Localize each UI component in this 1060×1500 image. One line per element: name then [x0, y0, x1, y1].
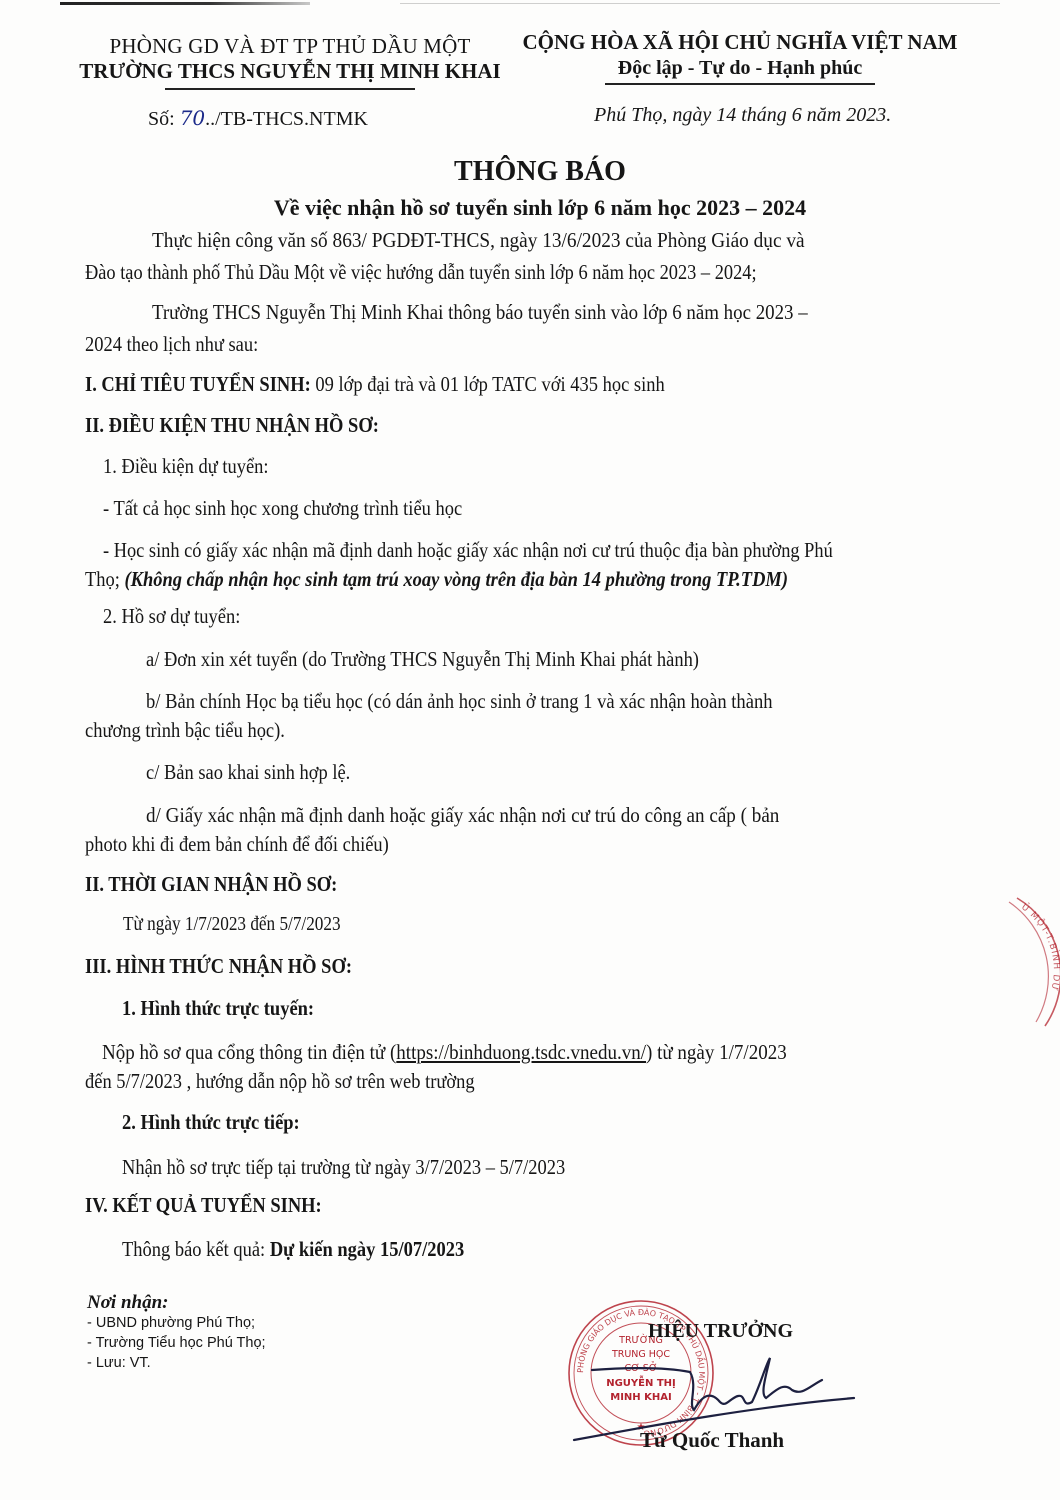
document-number: Số: 70../TB-THCS.NTMK — [148, 106, 368, 131]
bullet-text: - Học sinh có giấy xác nhận mã định danh… — [103, 538, 833, 563]
signer-name: Từ Quốc Thanh — [640, 1428, 784, 1453]
sub-heading-text: 1. Hình thức trực tuyến: — [122, 996, 314, 1021]
online-text: ) từ ngày 1/7/2023 — [646, 1040, 787, 1064]
intro-text: Thực hiện công văn số 863/ PGDĐT-THCS, n… — [152, 228, 805, 253]
section-2-bullet2-line1: - Học sinh có giấy xác nhận mã định danh… — [103, 538, 937, 563]
section-heading-text: II. THỜI GIAN NHẬN HỒ SƠ: — [85, 872, 337, 897]
admission-portal-link[interactable]: https://binhduong.tsdc.vnedu.vn/ — [396, 1040, 646, 1064]
section-2-item-d-line2: photo khi đi đem bản chính để đối chiếu) — [85, 832, 430, 857]
intro-p2-line1: Trường THCS Nguyễn Thị Minh Khai thông b… — [152, 300, 881, 325]
section-heading-text: IV. KẾT QUẢ TUYỂN SINH: — [85, 1193, 322, 1218]
nation-name: CỘNG HÒA XÃ HỘI CHỦ NGHĨA VIỆT NAM — [510, 30, 970, 54]
national-motto: Độc lập - Tự do - Hạnh phúc — [510, 54, 970, 82]
recipients-title: Nơi nhận: — [87, 1292, 168, 1314]
online-text: đến 5/7/2023 , hướng dẫn nộp hồ sơ trên … — [85, 1069, 475, 1094]
section-2-item-b-line1: b/ Bản chính Học bạ tiểu học (có dán ảnh… — [146, 689, 854, 714]
intro-p1-line2: Đào tạo thành phố Thủ Dầu Một về việc hư… — [85, 260, 853, 285]
issuer-block: PHÒNG GD VÀ ĐT TP THỦ DẦU MỘT TRƯỜNG THC… — [70, 34, 510, 90]
section-2-sub2: 2. Hồ sơ dự tuyển: — [103, 604, 259, 629]
signer-title: HIỆU TRƯỞNG — [648, 1320, 793, 1343]
intro-text: Trường THCS Nguyễn Thị Minh Khai thông b… — [152, 300, 808, 325]
item-text: c/ Bản sao khai sinh hợp lệ. — [146, 760, 350, 785]
issuer-school: TRƯỜNG THCS NGUYỄN THỊ MINH KHAI — [70, 58, 510, 84]
intro-text: 2024 theo lịch như sau: — [85, 332, 258, 357]
section-2-item-c: c/ Bản sao khai sinh hợp lệ. — [146, 760, 378, 785]
document-title: THÔNG BÁO — [0, 156, 1060, 188]
section-2-item-b-line2: chương trình bậc tiểu học). — [85, 718, 312, 743]
item-text: photo khi đi đem bản chính để đối chiếu) — [85, 832, 389, 857]
section-5-text: Thông báo kết quả: Dự kiến ngày 15/07/20… — [122, 1237, 511, 1262]
online-heading: 1. Hình thức trực tuyến: — [122, 996, 340, 1021]
section-1-heading: I. CHỈ TIÊU TUYỂN SINH: — [85, 372, 311, 396]
partial-stamp-text: Ủ MỘT-T.BÌNH DƯ — [1019, 901, 1060, 992]
result-text: Thông báo kết quả: — [122, 1237, 270, 1261]
section-2-item-d-line1: d/ Giấy xác nhận mã định danh hoặc giấy … — [146, 803, 842, 828]
national-header: CỘNG HÒA XÃ HỘI CHỦ NGHĨA VIỆT NAM Độc l… — [510, 30, 970, 85]
item-text: d/ Giấy xác nhận mã định danh hoặc giấy … — [146, 803, 779, 828]
section-3-heading: II. THỜI GIAN NHẬN HỒ SƠ: — [85, 872, 372, 897]
place-date: Phú Thọ, ngày 14 tháng 6 năm 2023. — [594, 104, 891, 127]
scan-edge-mark — [60, 2, 310, 5]
sub-heading-text: 1. Điều kiện dự tuyển: — [103, 454, 269, 479]
section-5-heading: IV. KẾT QUẢ TUYỂN SINH: — [85, 1193, 354, 1218]
bullet-text: - Tất cả học sinh học xong chương trình … — [103, 496, 462, 521]
section-2-bullet1: - Tất cả học sinh học xong chương trình … — [103, 496, 511, 521]
section-heading-text: III. HÌNH THỨC NHẬN HỒ SƠ: — [85, 954, 352, 979]
recipient-item: - UBND phường Phú Thọ; — [87, 1315, 255, 1331]
online-text: Nộp hồ sơ qua cổng thông tin điện tử ( — [102, 1040, 396, 1064]
section-1: I. CHỈ TIÊU TUYỂN SINH: 09 lớp đại trà v… — [85, 372, 744, 397]
direct-text: Nhận hồ sơ trực tiếp tại trường từ ngày … — [122, 1155, 626, 1180]
direct-heading: 2. Hình thức trực tiếp: — [122, 1110, 324, 1135]
item-text: chương trình bậc tiểu học). — [85, 718, 285, 743]
issuer-org: PHÒNG GD VÀ ĐT TP THỦ DẦU MỘT — [70, 34, 510, 58]
result-date: Dự kiến ngày 15/07/2023 — [270, 1237, 464, 1261]
scan-edge-mark — [400, 3, 1000, 4]
online-line2: đến 5/7/2023 , hướng dẫn nộp hồ sơ trên … — [85, 1069, 528, 1094]
section-3-text: Từ ngày 1/7/2023 đến 5/7/2023 — [123, 913, 376, 936]
sub-heading-text: 2. Hồ sơ dự tuyển: — [103, 604, 240, 629]
issuer-underline — [165, 88, 415, 90]
intro-p2-line2: 2024 theo lịch như sau: — [85, 332, 282, 357]
residency-note: (Không chấp nhận học sinh tạm trú xoay v… — [125, 567, 788, 591]
direct-text-content: Nhận hồ sơ trực tiếp tại trường từ ngày … — [122, 1155, 565, 1180]
recipient-item: - Trường Tiểu học Phú Thọ; — [87, 1335, 266, 1351]
section-2-bullet2-line2: Thọ; (Không chấp nhận học sinh tạm trú x… — [85, 567, 884, 592]
item-text: a/ Đơn xin xét tuyển (do Trường THCS Ngu… — [146, 647, 699, 672]
section-2-sub1: 1. Điều kiện dự tuyển: — [103, 454, 291, 479]
online-line1: Nộp hồ sơ qua cổng thông tin điện tử (ht… — [102, 1040, 859, 1065]
intro-p1-line1: Thực hiện công văn số 863/ PGDĐT-THCS, n… — [152, 228, 861, 253]
bullet-text: Thọ; — [85, 567, 125, 591]
intro-text: Đào tạo thành phố Thủ Dầu Một về việc hư… — [85, 260, 757, 285]
section-1-text: 09 lớp đại trà và 01 lớp TATC với 435 họ… — [311, 372, 665, 396]
svg-text:Ủ MỘT-T.BÌNH DƯ: Ủ MỘT-T.BÌNH DƯ — [1019, 901, 1060, 992]
section-2-heading: II. ĐIỀU KIỆN THU NHẬN HỒ SƠ: — [85, 413, 419, 438]
section-heading-text: II. ĐIỀU KIỆN THU NHẬN HỒ SƠ: — [85, 413, 379, 438]
document-subtitle: Về việc nhận hồ sơ tuyển sinh lớp 6 năm … — [0, 195, 1060, 221]
doc-number-handwritten: 70 — [180, 106, 205, 130]
doc-number-prefix: Số: — [148, 108, 180, 130]
period-text: Từ ngày 1/7/2023 đến 5/7/2023 — [123, 913, 341, 936]
motto-underline — [605, 83, 875, 85]
sub-heading-text: 2. Hình thức trực tiếp: — [122, 1110, 300, 1135]
recipient-item: - Lưu: VT. — [87, 1355, 151, 1371]
item-text: b/ Bản chính Học bạ tiểu học (có dán ảnh… — [146, 689, 773, 714]
section-4-heading: III. HÌNH THỨC NHẬN HỒ SƠ: — [85, 954, 388, 979]
section-2-item-a: a/ Đơn xin xét tuyển (do Trường THCS Ngu… — [146, 647, 774, 672]
partial-stamp-edge: Ủ MỘT-T.BÌNH DƯ — [1005, 892, 1060, 1032]
doc-number-suffix: ../TB-THCS.NTMK — [205, 108, 368, 130]
